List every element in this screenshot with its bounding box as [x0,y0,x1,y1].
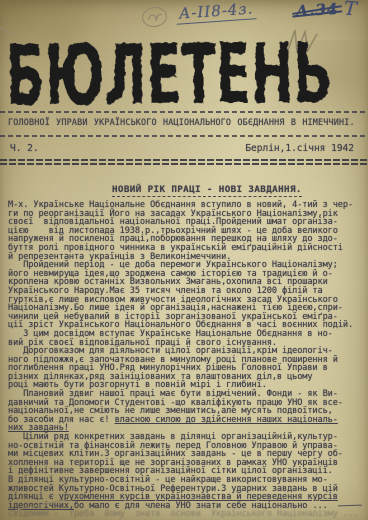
paragraph: М-х. Українське Національне Обєднання вс… [8,201,362,261]
subtitle: ГОЛОВНОЇ УПРАВИ УКРАЇНСЬКОГО НАЦІОНАЛЬНО… [8,117,355,127]
scribble-icon [142,6,167,27]
ink-check-mark: Т [343,0,357,20]
dashed-rule [0,135,368,137]
issue-number: Ч. 2. [10,143,39,154]
text-line: свідомим - треба йому знати основи Украї… [8,510,362,519]
article-headline: НОВИЙ РІК ПРАЦІ - НОВІ ЗАВДАННЯ. [112,184,302,197]
paragraph: Дороговказом для діяльности цілої органі… [8,347,362,390]
scanned-bulletin-page: А-ІІ8-4з. А.34 Т БЮЛЕТЕНЬ ГОЛОВНОЇ УПРАВ… [0,0,368,520]
masthead-title: БЮЛЕТЕНЬ [6,25,333,116]
body-text: М-х. Українське Національне Обєднання вс… [8,201,362,519]
masthead: БЮЛЕТЕНЬ [2,24,367,119]
paragraph: Цілий ряд конкретних завдань в ділянці о… [8,433,362,510]
pencil-circled-scribble [141,5,169,28]
crossed-out-code-annotation: А.34 [293,0,340,22]
double-dashed-rule [0,159,368,161]
dashed-rule [0,111,368,113]
masthead-svg: БЮЛЕТЕНЬ [2,24,367,115]
dateline: Берлін,1.січня 1942 [245,143,354,154]
paragraph: свідомим - треба йому знати основи Украї… [8,510,362,519]
paragraph: Пройдений період - це доба перемоги Укра… [8,261,362,330]
double-dashed-rule [0,163,368,165]
paragraph: З цим досвідом вступає Українське Націон… [8,330,362,347]
paragraph: Плановий здвиг нашої праці має бути відм… [8,390,362,433]
catalog-code-annotation: А-ІІ8-4з. [175,0,257,25]
